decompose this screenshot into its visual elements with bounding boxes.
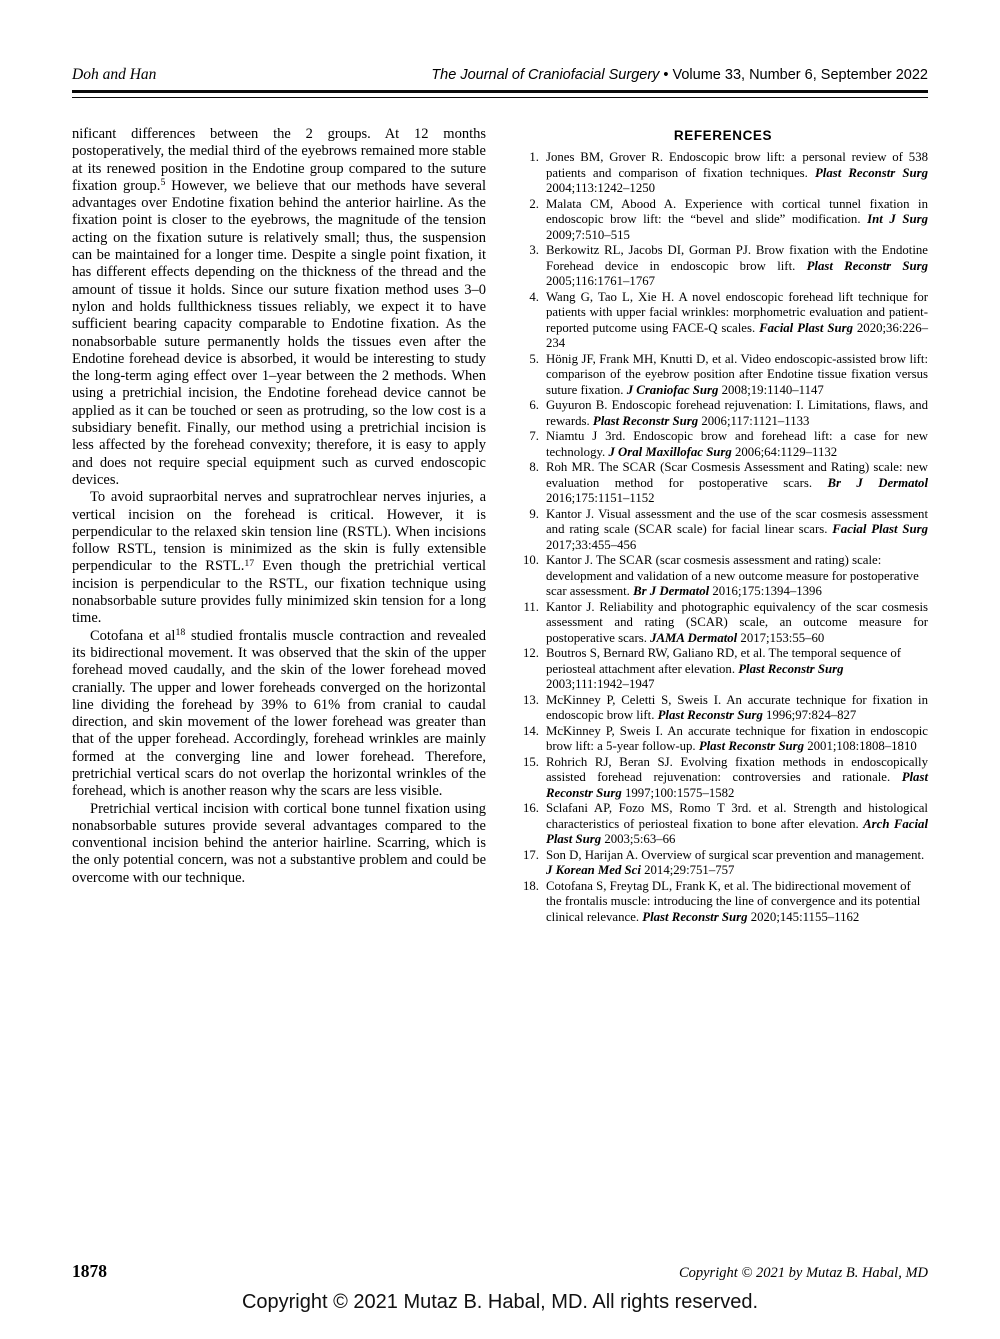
- references-list: 1. Jones BM, Grover R. Endoscopic brow l…: [518, 150, 928, 925]
- running-head: Doh and Han The Journal of Craniofacial …: [72, 66, 928, 84]
- reference-text: Malata CM, Abood A. Experience with cort…: [546, 197, 928, 244]
- reference-text: Guyuron B. Endoscopic forehead rejuvenat…: [546, 398, 928, 429]
- reference-number: 16.: [518, 801, 539, 848]
- body-text-column: nificant differences between the 2 group…: [72, 126, 486, 925]
- reference-item: 10. Kantor J. The SCAR (scar cosmesis as…: [518, 553, 928, 600]
- reference-item: 1. Jones BM, Grover R. Endoscopic brow l…: [518, 150, 928, 197]
- reference-text: Jones BM, Grover R. Endoscopic brow lift…: [546, 150, 928, 197]
- reference-text: Niamtu J 3rd. Endoscopic brow and forehe…: [546, 429, 928, 460]
- reference-item: 11. Kantor J. Reliability and photograph…: [518, 600, 928, 647]
- reference-item: 6. Guyuron B. Endoscopic forehead rejuve…: [518, 398, 928, 429]
- reference-number: 14.: [518, 724, 539, 755]
- reference-item: 14. McKinney P, Sweis I. An accurate tec…: [518, 724, 928, 755]
- two-column-layout: nificant differences between the 2 group…: [72, 126, 928, 925]
- journal-page: Doh and Han The Journal of Craniofacial …: [0, 0, 1000, 1339]
- reference-text: Kantor J. Visual assessment and the use …: [546, 507, 928, 554]
- body-paragraph: Cotofana et al18 studied frontalis muscl…: [72, 628, 486, 801]
- reference-item: 5. Hönig JF, Frank MH, Knutti D, et al. …: [518, 352, 928, 399]
- copyright-watermark: Copyright © 2021 Mutaz B. Habal, MD. All…: [0, 1291, 1000, 1314]
- journal-title: The Journal of Craniofacial Surgery: [431, 67, 659, 83]
- reference-number: 18.: [518, 879, 539, 926]
- footer-copyright: Copyright © 2021 by Mutaz B. Habal, MD: [679, 1265, 928, 1282]
- header-rule-divider: [72, 90, 928, 98]
- reference-item: 12. Boutros S, Bernard RW, Galiano RD, e…: [518, 646, 928, 693]
- reference-text: Son D, Harijan A. Overview of surgical s…: [546, 848, 928, 879]
- page-footer: 1878 Copyright © 2021 by Mutaz B. Habal,…: [72, 1261, 928, 1282]
- reference-number: 1.: [518, 150, 539, 197]
- reference-text: McKinney P, Sweis I. An accurate techniq…: [546, 724, 928, 755]
- reference-text: Wang G, Tao L, Xie H. A novel endoscopic…: [546, 290, 928, 352]
- reference-text: Berkowitz RL, Jacobs DI, Gorman PJ. Brow…: [546, 243, 928, 290]
- reference-item: 7. Niamtu J 3rd. Endoscopic brow and for…: [518, 429, 928, 460]
- reference-item: 16. Sclafani AP, Fozo MS, Romo T 3rd. et…: [518, 801, 928, 848]
- reference-number: 4.: [518, 290, 539, 352]
- body-paragraph: Pretrichial vertical incision with corti…: [72, 801, 486, 887]
- reference-number: 5.: [518, 352, 539, 399]
- reference-text: McKinney P, Celetti S, Sweis I. An accur…: [546, 693, 928, 724]
- reference-number: 17.: [518, 848, 539, 879]
- reference-item: 4. Wang G, Tao L, Xie H. A novel endosco…: [518, 290, 928, 352]
- reference-number: 10.: [518, 553, 539, 600]
- reference-item: 15. Rohrich RJ, Beran SJ. Evolving fixat…: [518, 755, 928, 802]
- reference-item: 9. Kantor J. Visual assessment and the u…: [518, 507, 928, 554]
- reference-text: Kantor J. Reliability and photographic e…: [546, 600, 928, 647]
- reference-number: 11.: [518, 600, 539, 647]
- reference-number: 15.: [518, 755, 539, 802]
- reference-number: 6.: [518, 398, 539, 429]
- reference-number: 2.: [518, 197, 539, 244]
- reference-item: 13. McKinney P, Celetti S, Sweis I. An a…: [518, 693, 928, 724]
- reference-text: Kantor J. The SCAR (scar cosmesis assess…: [546, 553, 928, 600]
- issue-info: Volume 33, Number 6, September 2022: [672, 67, 928, 83]
- reference-number: 13.: [518, 693, 539, 724]
- reference-text: Cotofana S, Freytag DL, Frank K, et al. …: [546, 879, 928, 926]
- reference-item: 17. Son D, Harijan A. Overview of surgic…: [518, 848, 928, 879]
- reference-text: Roh MR. The SCAR (Scar Cosmesis Assessme…: [546, 460, 928, 507]
- body-paragraph: nificant differences between the 2 group…: [72, 126, 486, 489]
- reference-text: Boutros S, Bernard RW, Galiano RD, et al…: [546, 646, 928, 693]
- reference-item: 18. Cotofana S, Freytag DL, Frank K, et …: [518, 879, 928, 926]
- running-head-journal-info: The Journal of Craniofacial Surgery•Volu…: [431, 67, 928, 83]
- running-head-authors: Doh and Han: [72, 66, 156, 84]
- reference-number: 12.: [518, 646, 539, 693]
- reference-text: Hönig JF, Frank MH, Knutti D, et al. Vid…: [546, 352, 928, 399]
- reference-text: Rohrich RJ, Beran SJ. Evolving fixation …: [546, 755, 928, 802]
- reference-item: 3. Berkowitz RL, Jacobs DI, Gorman PJ. B…: [518, 243, 928, 290]
- references-heading: REFERENCES: [518, 128, 928, 143]
- reference-number: 3.: [518, 243, 539, 290]
- reference-item: 8. Roh MR. The SCAR (Scar Cosmesis Asses…: [518, 460, 928, 507]
- reference-number: 8.: [518, 460, 539, 507]
- reference-text: Sclafani AP, Fozo MS, Romo T 3rd. et al.…: [546, 801, 928, 848]
- bullet-separator: •: [659, 67, 672, 83]
- body-paragraph: To avoid supraorbital nerves and supratr…: [72, 489, 486, 627]
- reference-number: 7.: [518, 429, 539, 460]
- reference-number: 9.: [518, 507, 539, 554]
- reference-item: 2. Malata CM, Abood A. Experience with c…: [518, 197, 928, 244]
- references-column: REFERENCES 1. Jones BM, Grover R. Endosc…: [518, 126, 928, 925]
- page-number: 1878: [72, 1261, 107, 1282]
